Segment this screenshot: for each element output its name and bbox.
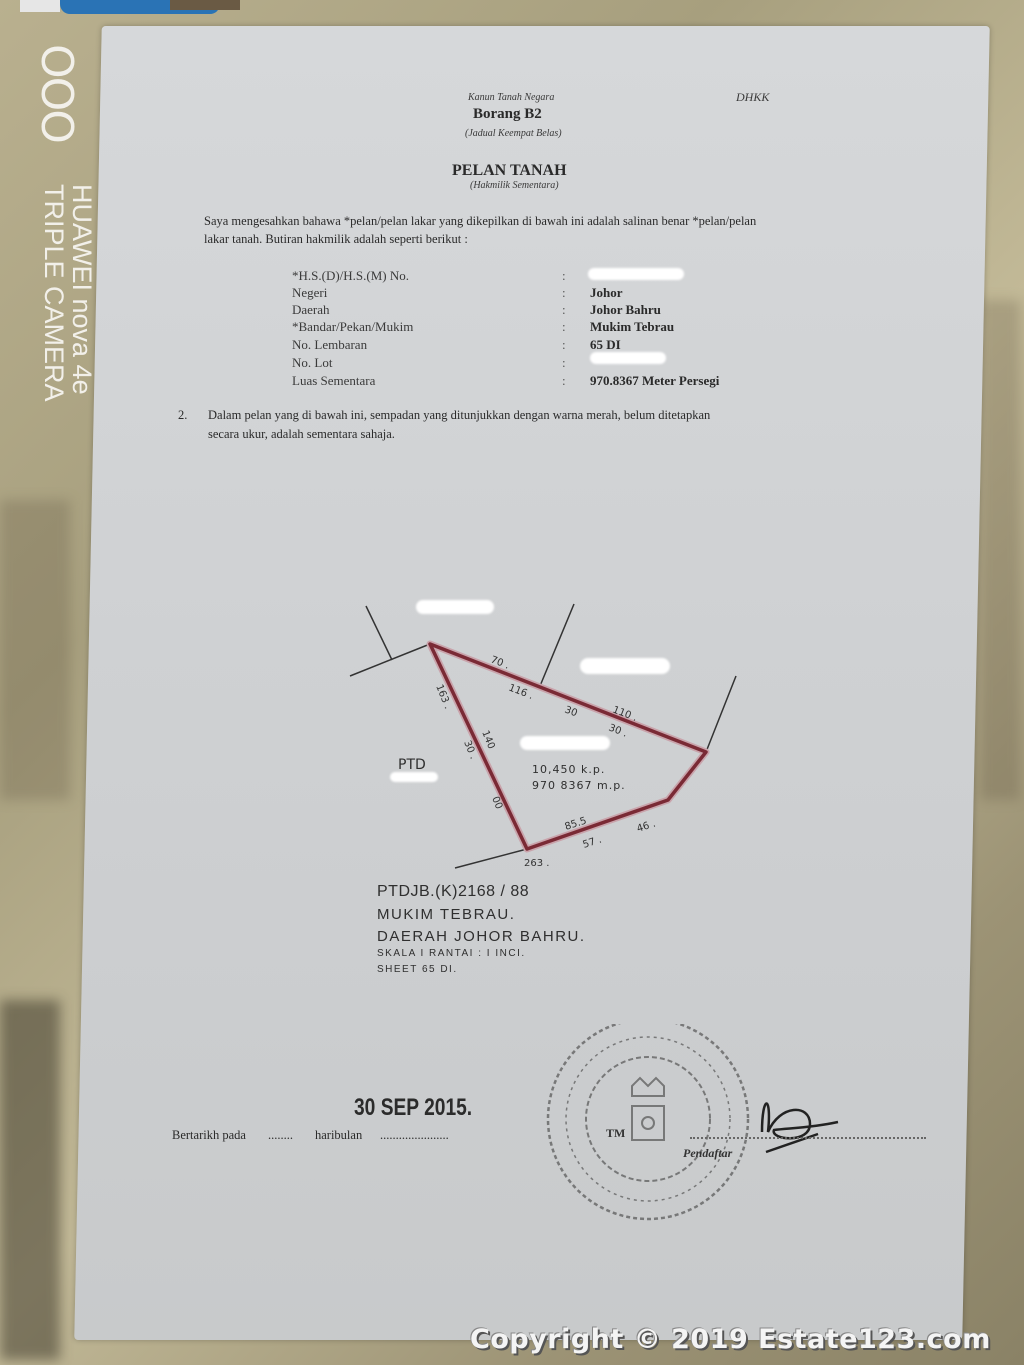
signatory-title: Pendaftar (683, 1146, 732, 1161)
bearing-label: 46 . (636, 818, 658, 834)
date-stamp: 30 SEP 2015. (354, 1094, 472, 1122)
redacted-neighbour-lot-right (580, 658, 670, 674)
area-kp: 10,450 k.p. (532, 763, 605, 776)
bearing-label: 57 . (582, 834, 604, 850)
plan-sheet: SHEET 65 DI. (377, 964, 458, 975)
signature-line (690, 1137, 926, 1139)
registrar-seal-icon (540, 1024, 940, 1224)
month-dots: ...................... (380, 1128, 449, 1143)
plan-mukim: MUKIM TEBRAU. (377, 906, 515, 923)
stamp-initials: TM (606, 1126, 625, 1141)
area-mp: 970 8367 m.p. (532, 779, 626, 792)
bearing-label: 263 . (524, 858, 549, 869)
dated-label: Bertarikh pada (172, 1128, 246, 1143)
plan-scale: SKALA I RANTAI : I INCI. (377, 948, 526, 959)
redacted-lot-label (520, 736, 610, 750)
redacted-neighbour-lot-left (390, 772, 438, 782)
dated-dots: ........ (268, 1128, 293, 1143)
copyright-watermark: Copyright © 2019 Estate123.com (470, 1324, 991, 1355)
month-label: haribulan (315, 1128, 362, 1143)
bearing-label: 30 (563, 705, 579, 720)
redacted-neighbour-lot-top (416, 600, 494, 614)
plan-ref-number: PTDJB.(K)2168 / 88 (377, 883, 529, 901)
bearing-label: 30 . (607, 723, 629, 740)
neighbour-label: PTD (398, 757, 426, 773)
plan-daerah: DAERAH JOHOR BAHRU. (377, 928, 586, 945)
